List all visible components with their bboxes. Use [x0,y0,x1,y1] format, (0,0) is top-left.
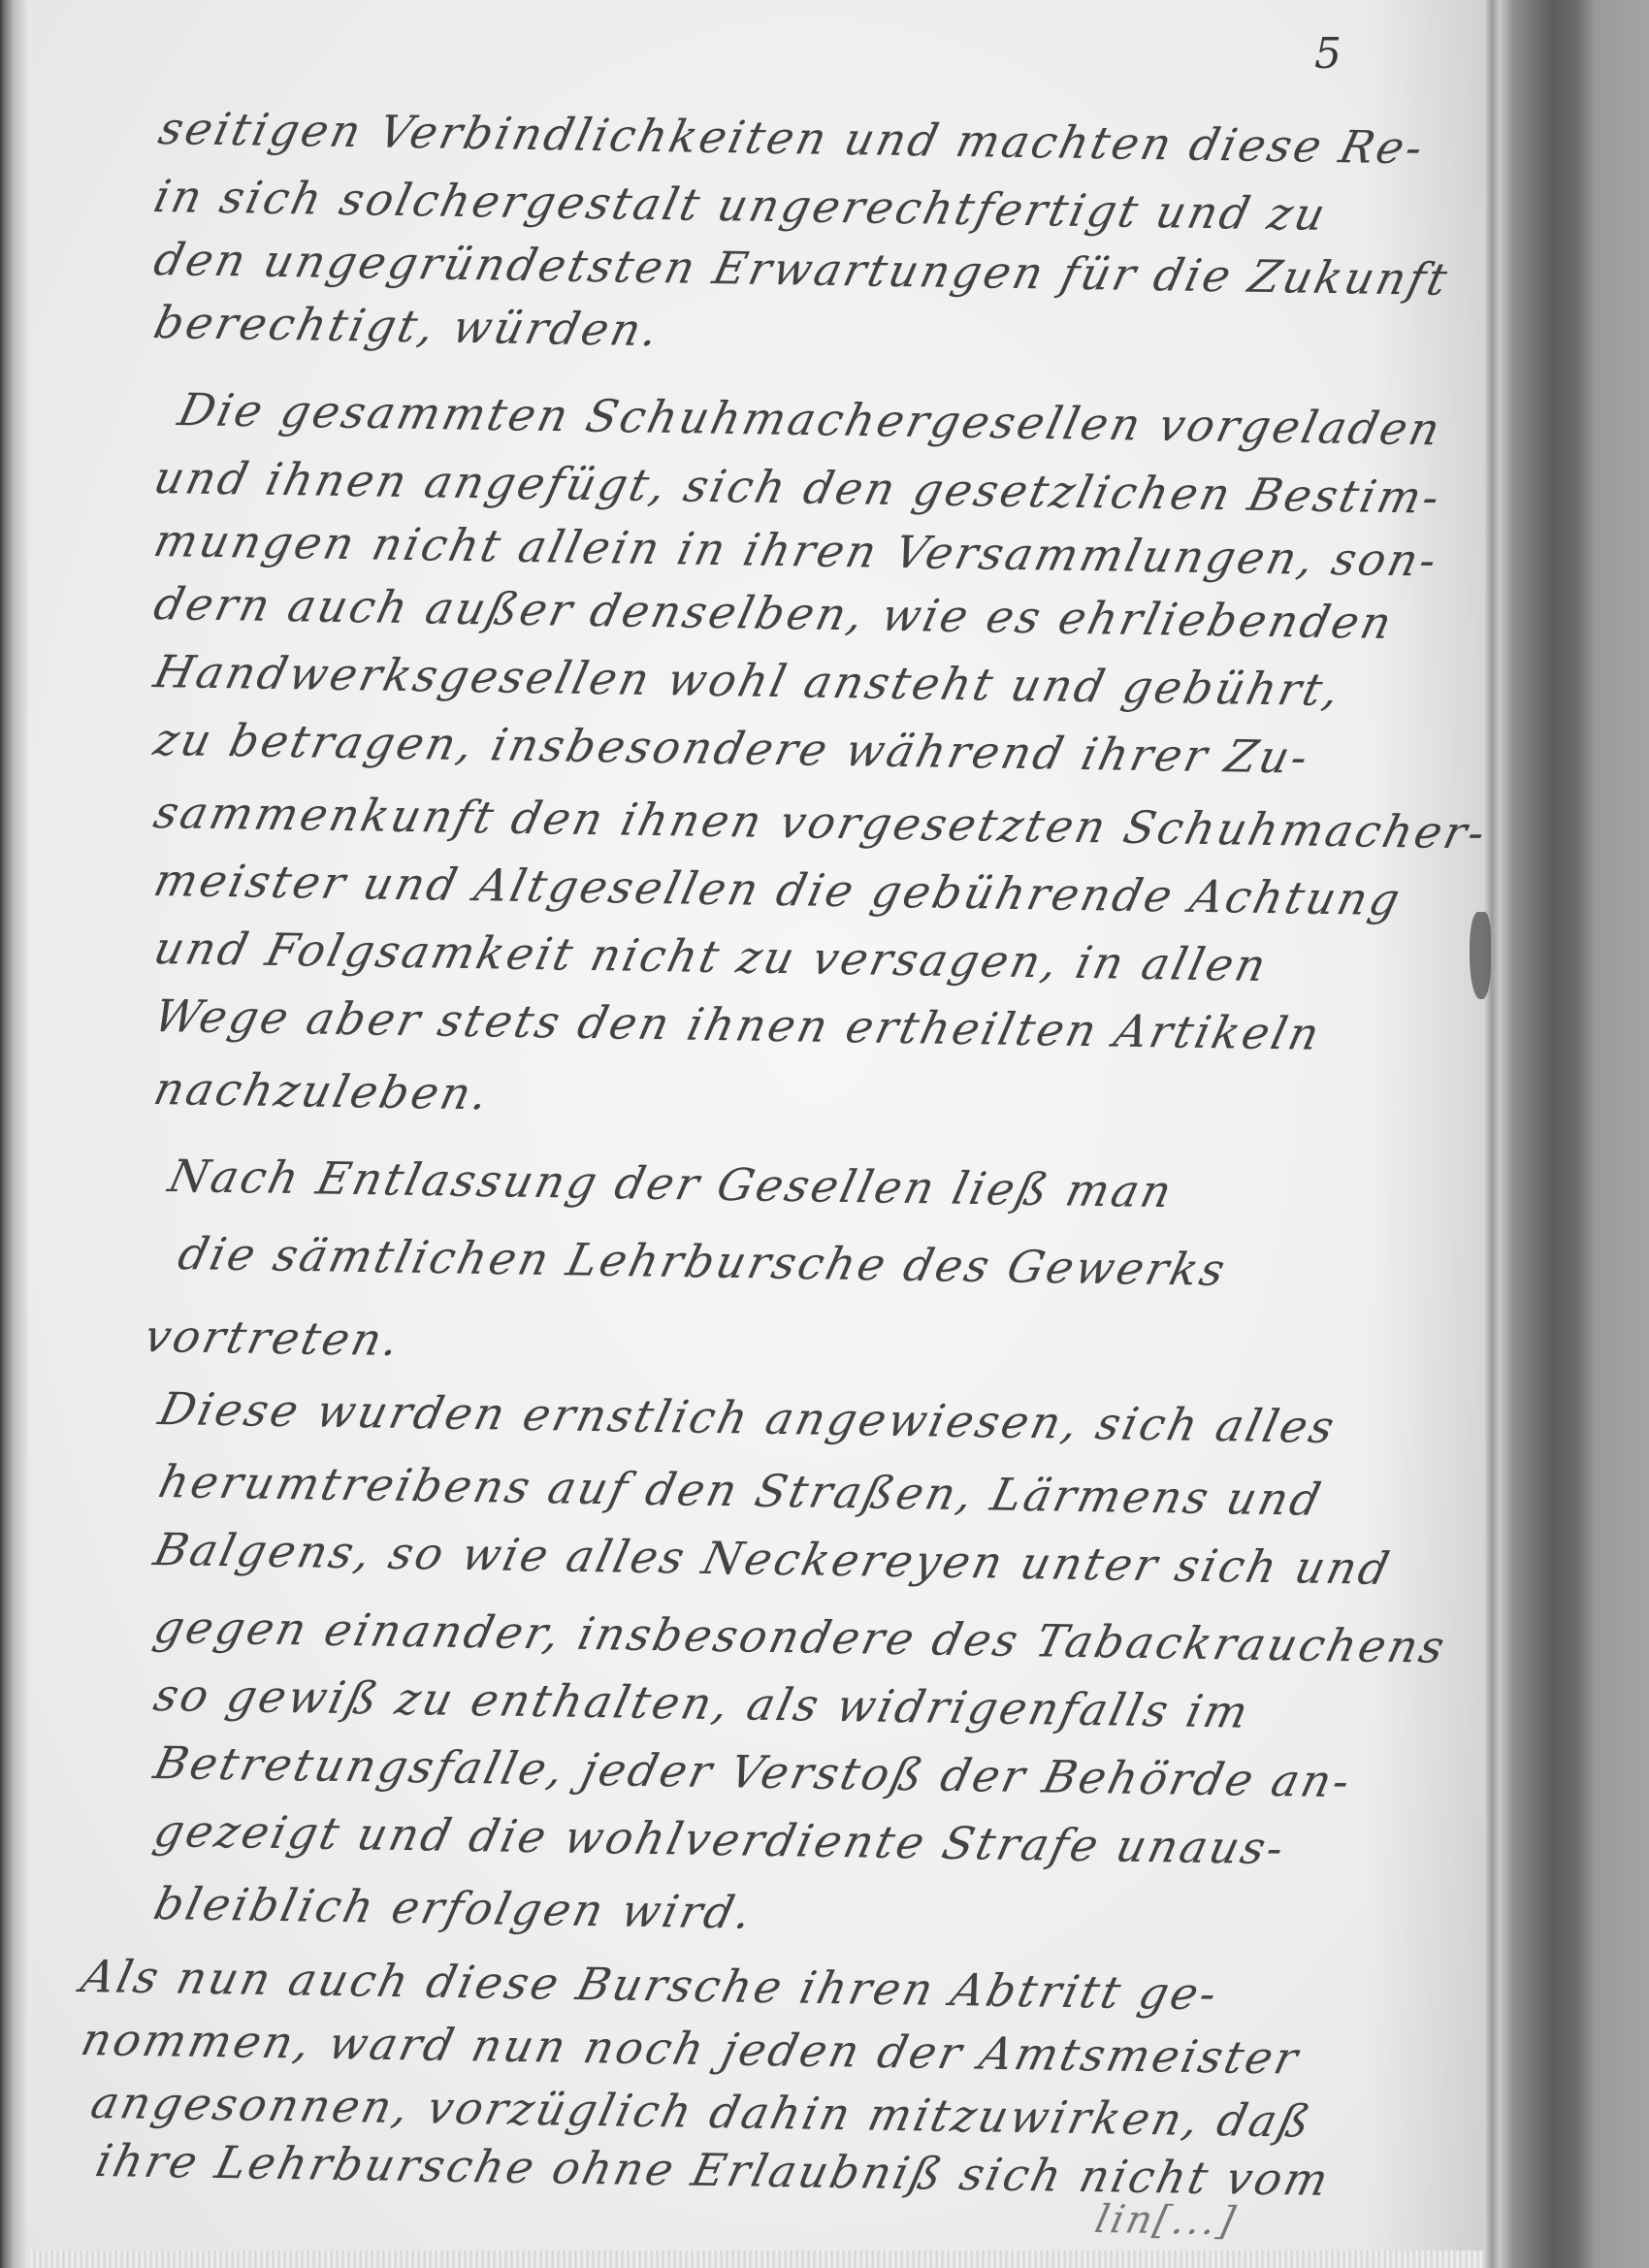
handwritten-line: so gewiß zu enthalten, als widrigenfalls… [149,1669,1256,1738]
handwritten-line: Diese wurden ernstlich angewiesen, sich … [154,1382,1342,1453]
handwritten-line: mungen nicht allein in ihren Versammlung… [149,514,1444,587]
manuscript-page: 5 seitigen Verbindlichkeiten und machten… [0,0,1484,2251]
handwritten-line: nachzuleben. [149,1062,496,1119]
handwritten-line: bleiblich erfolgen wird. [149,1877,760,1938]
handwritten-line: gegen einander, insbesondere des Tabackr… [149,1601,1452,1673]
handwritten-line: ihre Lehrbursche ohne Erlaubniß sich nic… [91,2134,1336,2206]
handwritten-line: und ihnen angefügt, sich den gesetzliche… [149,451,1447,524]
handwritten-line: sammenkunft den ihnen vorgesetzten Schuh… [149,786,1493,859]
handwritten-line: die sämtlichen Lehrbursche des Gewerks [174,1227,1233,1296]
handwritten-line: gezeigt und die wohlverdiente Strafe una… [149,1804,1292,1874]
book-gutter [1484,0,1649,2268]
page-number: 5 [1314,29,1342,79]
handwritten-line: und Folgsamkeit nicht zu versagen, in al… [149,922,1274,991]
handwritten-line: meister und Altgesellen die gebührende A… [149,854,1407,925]
handwritten-line: berechtigt, würden. [149,296,666,356]
handwritten-line: nommen, ward nun noch jeden der Amtsmeis… [77,2013,1306,2085]
scan-bottom-edge [0,2251,1484,2268]
handwritten-line: dern auch außer denselben, wie es ehrlie… [149,577,1400,649]
handwritten-line: Als nun auch diese Bursche ihren Abtritt… [77,1950,1224,2020]
handwritten-line: Betretungsfalle, jeder Verstoß der Behör… [149,1736,1358,1807]
scanned-page: 5 seitigen Verbindlichkeiten und machten… [0,0,1649,2268]
left-page-edge [0,0,29,2268]
handwritten-line: Die gesammten Schuhmachergesellen vorgel… [174,383,1447,455]
handwritten-line: Balgens, so wie alles Neckereyen unter s… [149,1523,1397,1595]
handwritten-line: Handwerksgesellen wohl ansteht und gebüh… [149,645,1347,716]
handwritten-line: den ungegründetsten Erwartungen für die … [149,233,1455,306]
continuation-mark: lin[...] [1091,2197,1242,2244]
handwritten-line: vortreten. [140,1310,407,1366]
handwritten-line: in sich solchergestalt ungerechtfertigt … [149,170,1333,241]
handwritten-line: Nach Entlassung der Gesellen ließ man [164,1150,1180,1217]
handwritten-line: zu betragen, insbesondere während ihrer … [149,713,1315,784]
handwritten-line: seitigen Verbindlichkeiten und machten d… [154,102,1431,174]
handwritten-line: herumtreibens auf den Straßen, Lärmens u… [154,1455,1328,1526]
handwritten-line: Wege aber stets den ihnen ertheilten Art… [149,989,1327,1060]
ink-stain [1470,912,1491,999]
